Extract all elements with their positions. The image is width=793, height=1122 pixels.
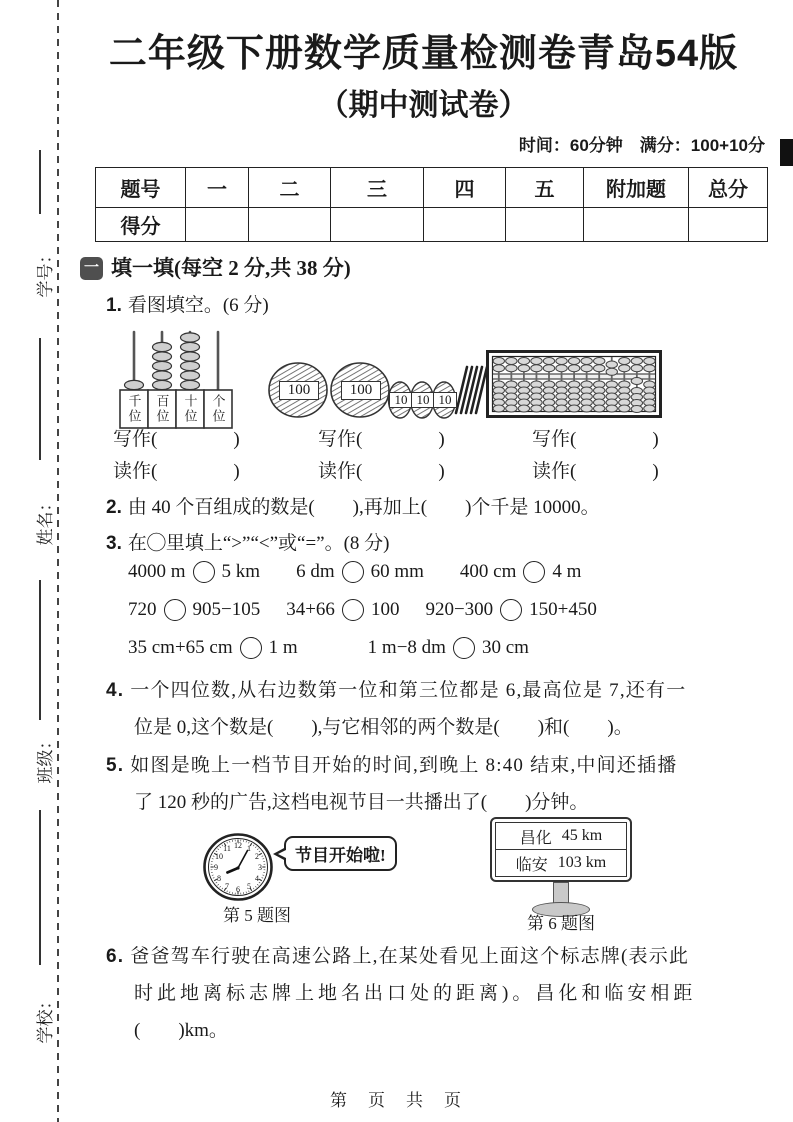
score-header-cell: 四 (424, 168, 506, 208)
question-number: 2. (106, 497, 122, 518)
page-footer: 第 页 共 页 (0, 1086, 793, 1111)
question-text: 爸爸驾车行驶在高速公路上,在某处看见上面这个标志牌(表示此 (130, 946, 689, 967)
compare-circle (523, 561, 545, 583)
clock-number: 10 (215, 852, 223, 861)
seal-label-school: 学校： (31, 981, 55, 1055)
sign-inner: 昌化 45 km 临安 103 km (495, 822, 627, 877)
seal-label-name: 姓名： (31, 483, 55, 557)
compare-circle (500, 599, 522, 621)
time-score-info: 时间：60分钟 满分：100+10分 (519, 131, 765, 156)
comparison-row: 720905−105 34+66100 920−300150+450 (128, 599, 597, 621)
question-1: 1.看图填空。(6 分) (106, 290, 269, 317)
section-one-title: 填一填(每空 2 分,共 38 分) (111, 252, 351, 282)
comparison-item: 400 cm4 m (460, 561, 582, 583)
page-subtitle: （期中测试卷） (78, 80, 769, 124)
comparison-item: 1 m−8 dm30 cm (368, 637, 529, 659)
section-one-badge: 一 (80, 257, 103, 280)
sign-row: 昌化 45 km (496, 823, 626, 849)
score-cell (331, 208, 424, 242)
score-header-cell: 附加题 (584, 168, 689, 208)
score-cell (424, 208, 506, 242)
sign-place: 临安 (516, 852, 548, 875)
comparison-left: 6 dm (296, 561, 335, 583)
comparison-row: 35 cm+65 cm1 m 1 m−8 dm30 cm (128, 637, 529, 659)
speech-bubble: 节目开始啦! (284, 836, 397, 871)
score-cell (186, 208, 249, 242)
question-5-line2: 了 120 秒的广告,这档电视节目一共播出了( )分钟。 (134, 787, 588, 814)
write-as-blank: 写作( ) (318, 424, 445, 451)
bundle-10-label: 10 (433, 392, 457, 408)
road-sign-image: 昌化 45 km 临安 103 km (490, 817, 632, 917)
compare-circle (342, 599, 364, 621)
score-header-cell: 一 (186, 168, 249, 208)
compare-circle (240, 637, 262, 659)
comparison-left: 1 m−8 dm (368, 637, 446, 659)
place-label-thousands: 千位 (120, 390, 148, 428)
print-crop-mark (780, 139, 793, 166)
bundle-10-label: 10 (411, 392, 435, 408)
clock-number: 6 (236, 885, 240, 894)
question-text: 一个四位数,从右边数第一位和第三位都是 6,最高位是 7,还有一 (130, 680, 686, 701)
comparison-right: 4 m (552, 561, 581, 583)
compare-circle (164, 599, 186, 621)
comparison-right: 60 mm (371, 561, 424, 583)
comparison-left: 34+66 (286, 599, 335, 621)
comparison-left: 400 cm (460, 561, 516, 583)
compare-circle (453, 637, 475, 659)
score-row-label: 得分 (96, 208, 186, 242)
comparison-left: 920−300 (425, 599, 493, 621)
question-6: 6.爸爸驾车行驶在高速公路上,在某处看见上面这个标志牌(表示此 (106, 941, 689, 968)
score-cell (249, 208, 331, 242)
sign-distance: 103 km (558, 854, 606, 872)
question-6-line2: 时此地离标志牌上地名出口处的距离)。昌化和临安相距 (134, 978, 696, 1005)
score-table: 题号 一 二 三 四 五 附加题 总分 得分 (95, 167, 768, 242)
score-header-cell: 总分 (689, 168, 768, 208)
score-header-cell: 二 (249, 168, 331, 208)
clock-number: 11 (223, 844, 231, 853)
question-2: 2.由 40 个百组成的数是( ),再加上( )个千是 10000。 (106, 492, 600, 519)
clock-number: 8 (217, 874, 221, 883)
figure-5-caption: 第 5 题图 (202, 901, 312, 926)
question-5: 5.如图是晚上一档节目开始的时间,到晚上 8:40 结束,中间还插播 (106, 750, 677, 777)
question-number: 6. (106, 946, 124, 967)
compare-circle (193, 561, 215, 583)
signature-line (39, 580, 41, 720)
loose-sticks-icon (456, 367, 487, 413)
exam-page: 学号： 姓名： 班级： 学校： 二年级下册数学质量检测卷青岛54版 （期中测试卷… (0, 0, 793, 1122)
comparison-right: 1 m (269, 637, 298, 659)
question-4-line2: 位是 0,这个数是( ),与它相邻的两个数是( )和( )。 (134, 712, 633, 739)
question-number: 3. (106, 533, 122, 554)
comparison-right: 100 (371, 599, 400, 621)
comparison-item: 920−300150+450 (425, 599, 596, 621)
sign-row: 临安 103 km (496, 849, 626, 876)
clock-number: 7 (225, 882, 229, 891)
question-3: 3.在◯里填上“>”“<”或“=”。(8 分) (106, 528, 390, 555)
comparison-left: 4000 m (128, 561, 186, 583)
score-cell (506, 208, 584, 242)
comparison-item: 35 cm+65 cm1 m (128, 637, 298, 659)
question-number: 5. (106, 755, 124, 776)
score-header-cell: 三 (331, 168, 424, 208)
question-text: 看图填空。(6 分) (128, 295, 269, 316)
comparison-item: 34+66100 (286, 599, 399, 621)
clock-number: 3 (258, 863, 262, 872)
score-header-cell: 题号 (96, 168, 186, 208)
question-text: 在◯里填上“>”“<”或“=”。(8 分) (128, 533, 390, 554)
clock-number: 2 (255, 852, 259, 861)
sign-distance: 45 km (562, 827, 602, 845)
question-number: 1. (106, 295, 122, 316)
compare-circle (342, 561, 364, 583)
sign-post (553, 882, 569, 904)
seal-dashed-line (57, 0, 59, 1122)
score-table-score-row: 得分 (96, 208, 768, 242)
signature-line (39, 338, 41, 460)
score-cell (584, 208, 689, 242)
page-title: 二年级下册数学质量检测卷青岛54版 (78, 22, 769, 77)
clock-number: 9 (214, 863, 218, 872)
score-table-header-row: 题号 一 二 三 四 五 附加题 总分 (96, 168, 768, 208)
clock-number: 4 (255, 874, 259, 883)
signature-line (39, 810, 41, 965)
read-as-blank: 读作( ) (113, 456, 240, 483)
question-4: 4.一个四位数,从右边数第一位和第三位都是 6,最高位是 7,还有一 (106, 675, 686, 702)
question-6-line3: ( )km。 (134, 1015, 228, 1042)
comparison-right: 5 km (222, 561, 261, 583)
write-as-blank: 写作( ) (113, 424, 240, 451)
signature-line (39, 150, 41, 214)
question-text: 由 40 个百组成的数是( ),再加上( )个千是 10000。 (128, 497, 600, 518)
comparison-left: 720 (128, 599, 157, 621)
clock-number: 12 (234, 841, 242, 850)
write-as-blank: 写作( ) (532, 424, 659, 451)
seal-label-class: 班级： (31, 721, 55, 795)
score-header-cell: 五 (506, 168, 584, 208)
comparison-right: 30 cm (482, 637, 529, 659)
bundle-100-label: 100 (341, 381, 381, 400)
question-text: 如图是晚上一档节目开始的时间,到晚上 8:40 结束,中间还插播 (130, 755, 677, 776)
sign-place: 昌化 (520, 825, 552, 848)
bundle-100-label: 100 (279, 381, 319, 400)
sign-frame: 昌化 45 km 临安 103 km (490, 817, 632, 882)
read-as-blank: 读作( ) (532, 456, 659, 483)
seal-label-student-no: 学号： (31, 235, 55, 309)
comparison-row: 4000 m5 km 6 dm60 mm 400 cm4 m (128, 561, 581, 583)
read-as-blank: 读作( ) (318, 456, 445, 483)
figure-6-caption: 第 6 题图 (490, 909, 632, 934)
place-label-ones: 个位 (204, 390, 232, 428)
comparison-item: 6 dm60 mm (296, 561, 424, 583)
comparison-right: 150+450 (529, 599, 597, 621)
place-label-hundreds: 百位 (148, 390, 176, 428)
question-number: 4. (106, 680, 124, 701)
place-label-tens: 十位 (176, 390, 204, 428)
bundle-10-label: 10 (389, 392, 413, 408)
clock-number: 5 (247, 882, 251, 891)
clock-image: 1 2 3 4 5 6 7 8 9 10 11 12 (202, 832, 278, 904)
comparison-right: 905−105 (193, 599, 261, 621)
score-cell (689, 208, 768, 242)
abacus-image (486, 350, 662, 418)
comparison-item: 4000 m5 km (128, 561, 260, 583)
comparison-left: 35 cm+65 cm (128, 637, 233, 659)
comparison-item: 720905−105 (128, 599, 260, 621)
